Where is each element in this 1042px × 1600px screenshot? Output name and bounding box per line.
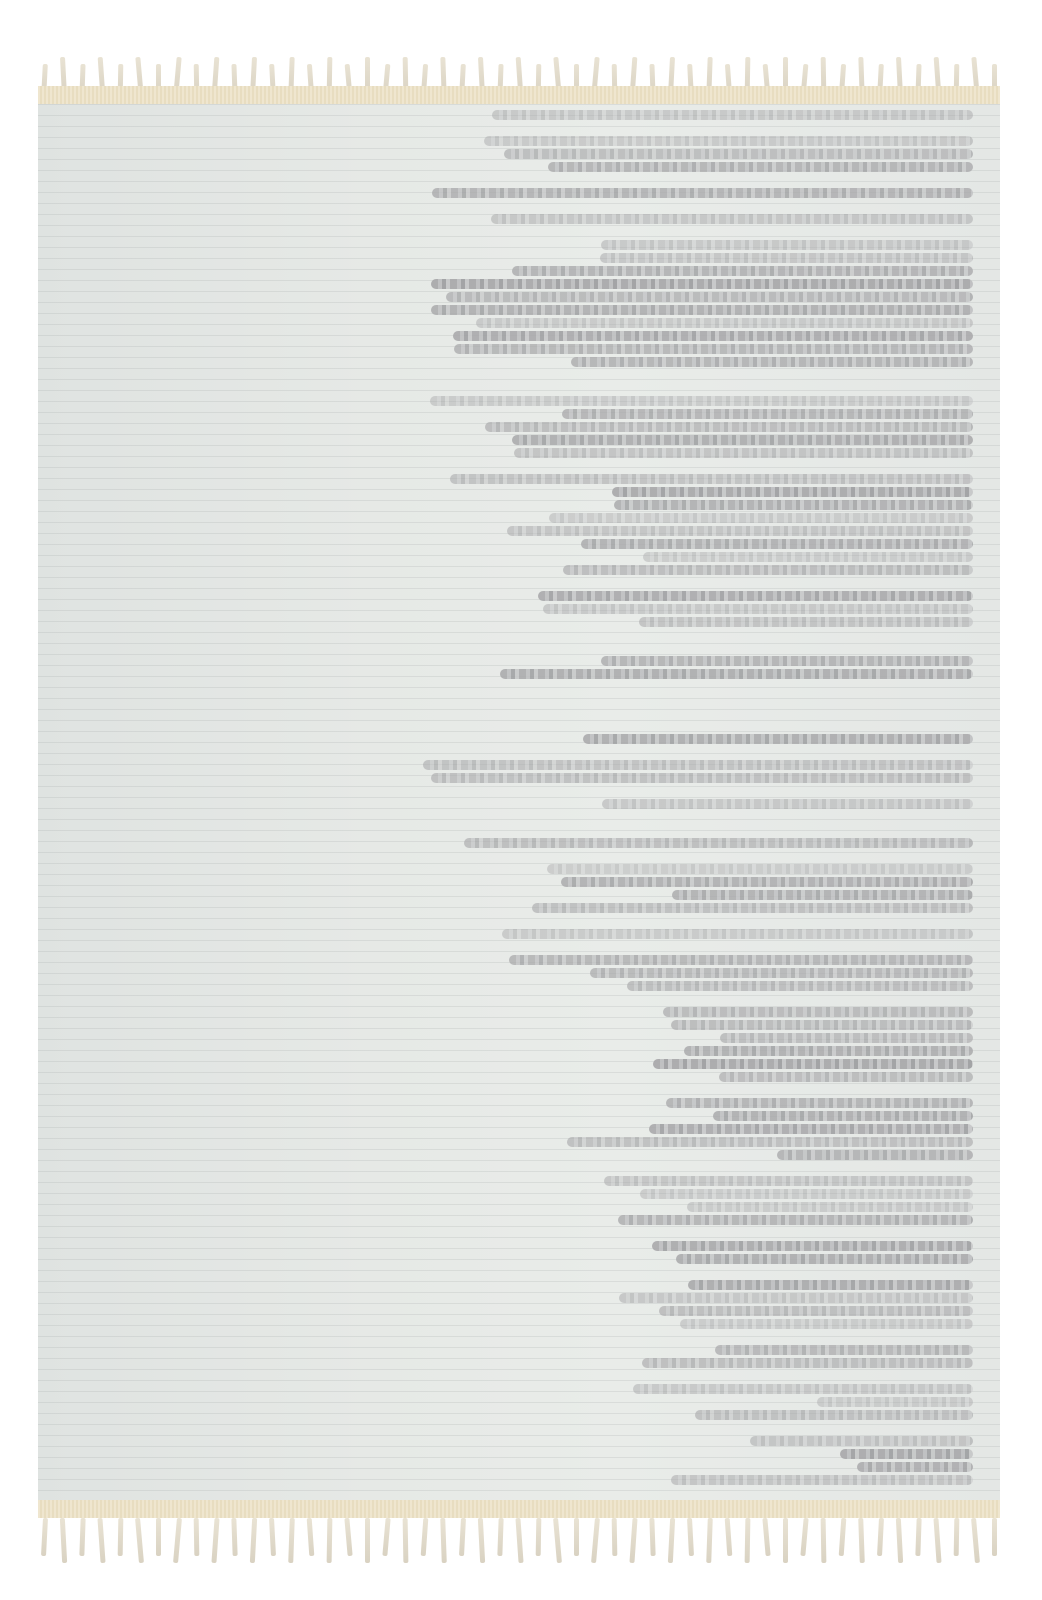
tassel [478, 1518, 485, 1563]
pile-stripe [549, 513, 973, 523]
tassel [403, 1518, 409, 1563]
tassel [250, 1518, 257, 1563]
tassel [762, 1518, 770, 1556]
tassel [933, 1518, 941, 1563]
tassel [992, 1518, 997, 1556]
top-selvage [38, 86, 1000, 104]
pile-stripe [642, 1358, 973, 1368]
tassel [591, 1518, 600, 1563]
tassel [421, 1518, 429, 1556]
pile-stripe [649, 1124, 973, 1134]
pile-stripe [500, 669, 973, 679]
pile-stripe [750, 1436, 973, 1446]
pile-stripe [695, 1410, 973, 1420]
tassel [896, 1518, 903, 1563]
pile-stripe [666, 1098, 973, 1108]
tassel [156, 1518, 161, 1556]
tassel [971, 1518, 980, 1563]
pile-stripe [431, 279, 973, 289]
pile-stripe [581, 539, 973, 549]
tassel [97, 1518, 105, 1563]
pile-stripe [453, 331, 973, 341]
bottom-fringe [38, 1518, 1000, 1568]
tassel [211, 1518, 219, 1563]
pile-stripe [567, 1137, 973, 1147]
pile-stripe [450, 474, 973, 484]
pile-stripe [561, 877, 973, 887]
tassel [79, 1518, 85, 1556]
tassel [629, 1518, 637, 1563]
pile-stripe [612, 487, 973, 497]
pile-stripe [484, 136, 973, 146]
tassel [382, 1518, 390, 1556]
tassel [173, 1518, 182, 1563]
pile-stripe [464, 838, 973, 848]
pile-stripe [640, 1189, 973, 1199]
rug [38, 86, 1000, 1518]
tassel [649, 1518, 655, 1556]
pile-stripe [423, 760, 973, 770]
tassel [194, 1518, 200, 1556]
tassel [725, 1518, 733, 1556]
tassel [858, 1518, 865, 1563]
tassel [327, 1518, 333, 1563]
tassel [954, 1518, 960, 1556]
tassel [783, 1518, 788, 1563]
pile-stripe [688, 1280, 973, 1290]
pile-stripe [618, 1215, 973, 1225]
tassel [706, 1518, 713, 1563]
tassel [668, 1518, 675, 1563]
pile-stripe [512, 266, 973, 276]
pile-stripe [715, 1345, 973, 1355]
pile-stripe [532, 903, 973, 913]
pile-stripe [512, 435, 973, 445]
pile-stripe [840, 1449, 973, 1459]
pile-stripe [601, 656, 973, 666]
pile-stripe [671, 1020, 973, 1030]
tassel [515, 1518, 523, 1563]
pile-stripe [432, 188, 973, 198]
pile-stripe [600, 253, 973, 263]
tassel [41, 1518, 48, 1556]
tassel [574, 1518, 579, 1556]
pile-stripe [431, 305, 973, 315]
pile-stripe [680, 1319, 973, 1329]
bottom-selvage [38, 1500, 1000, 1518]
pile-stripe [601, 240, 973, 250]
pile-stripe [817, 1397, 973, 1407]
rug-pile [38, 104, 1000, 1500]
tassel [118, 1518, 124, 1556]
pile-stripe [659, 1306, 973, 1316]
pile-stripe [543, 604, 973, 614]
pile-stripe [676, 1254, 973, 1264]
tassel [497, 1518, 503, 1556]
tassel [687, 1518, 694, 1556]
pile-stripe [507, 526, 973, 536]
tassel [60, 1518, 67, 1563]
tassel [915, 1518, 921, 1556]
pile-stripe [590, 968, 973, 978]
tassel [288, 1518, 295, 1563]
pile-stripe [713, 1111, 973, 1121]
tassel [536, 1518, 542, 1556]
pile-stripe [430, 396, 973, 406]
pile-stripe [633, 1384, 973, 1394]
tassel [269, 1518, 276, 1556]
pile-stripe [652, 1241, 973, 1251]
pile-stripe [548, 162, 973, 172]
pile-stripe [684, 1046, 973, 1056]
pile-stripe [538, 591, 973, 601]
pile-stripe [720, 1033, 973, 1043]
tassel [440, 1518, 447, 1563]
pile-stripe [672, 890, 973, 900]
pile-stripe [502, 929, 973, 939]
pile-stripe [491, 214, 973, 224]
pile-stripe [485, 422, 973, 432]
pile-stripe [563, 565, 973, 575]
tassel [745, 1518, 751, 1563]
pile-stripe [492, 110, 973, 120]
pile-stripe [643, 552, 973, 562]
tassel [459, 1518, 466, 1556]
tassel [135, 1518, 144, 1563]
tassel [877, 1518, 884, 1556]
pile-stripe [476, 318, 973, 328]
pile-stripe [514, 448, 973, 458]
pile-stripe [627, 981, 973, 991]
tassel [231, 1518, 237, 1556]
pile-stripe [639, 617, 973, 627]
pile-stripe [857, 1462, 973, 1472]
tassel [821, 1518, 827, 1563]
pile-stripe [719, 1072, 973, 1082]
tassel [365, 1518, 370, 1563]
pile-stripe [602, 799, 973, 809]
pile-stripe [614, 500, 973, 510]
pile-stripe [663, 1007, 973, 1017]
pile-stripe [671, 1475, 973, 1485]
pile-stripe [571, 357, 973, 367]
pile-stripe [583, 734, 973, 744]
pile-stripe [504, 149, 973, 159]
tassel [344, 1518, 352, 1556]
pile-stripe [509, 955, 973, 965]
pile-stripe [446, 292, 973, 302]
pile-stripe [562, 409, 973, 419]
tassel [800, 1518, 808, 1556]
pile-stripe [687, 1202, 973, 1212]
pile-stripe [653, 1059, 973, 1069]
tassel [839, 1518, 847, 1556]
pile-stripe [547, 864, 973, 874]
tassel [612, 1518, 618, 1556]
tassel [553, 1518, 562, 1563]
pile-stripe [431, 773, 973, 783]
tassel [307, 1518, 315, 1556]
pile-stripe [777, 1150, 973, 1160]
pile-stripe [619, 1293, 973, 1303]
pile-stripe [604, 1176, 973, 1186]
pile-stripe [454, 344, 973, 354]
